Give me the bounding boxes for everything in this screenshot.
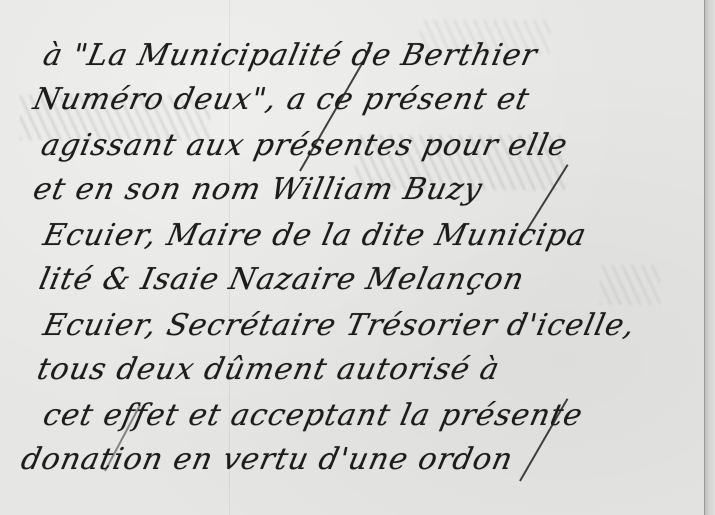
line-text: à "La Municipalité de Berthier	[40, 38, 541, 73]
line-text: agissant aux présentes pour elle	[38, 128, 571, 163]
line-text: Ecuier, Maire de la dite Municipa	[40, 218, 590, 253]
line-text: et en son nom William Buzy	[30, 172, 486, 207]
manuscript-line-9: cet effet et acceptant la présente	[40, 398, 586, 433]
manuscript-page: à "La Municipalité de Berthier Numéro de…	[0, 0, 705, 515]
line-text: lité & Isaie Nazaire Melançon	[36, 262, 528, 297]
manuscript-line-10: donation en vertu d'une ordon	[18, 442, 516, 477]
manuscript-line-7: Ecuier, Secrétaire Trésorier d'icelle,	[40, 308, 639, 343]
manuscript-line-8: tous deux dûment autorisé à	[34, 352, 503, 387]
manuscript-line-2: Numéro deux", a ce présent et	[30, 82, 533, 117]
manuscript-line-3: agissant aux présentes pour elle	[38, 128, 571, 163]
line-text: tous deux dûment autorisé à	[34, 352, 503, 387]
manuscript-line-6: lité & Isaie Nazaire Melançon	[36, 262, 528, 297]
paper-fold-line	[229, 0, 230, 515]
line-text: donation en vertu d'une ordon	[18, 442, 516, 477]
line-text: Numéro deux", a ce présent et	[30, 82, 533, 117]
line-text: cet effet et acceptant la présente	[40, 398, 586, 433]
ink-bleed-mark	[600, 265, 660, 305]
line-text: Ecuier, Secrétaire Trésorier d'icelle,	[40, 308, 639, 343]
manuscript-line-4: et en son nom William Buzy	[30, 172, 486, 207]
manuscript-line-5: Ecuier, Maire de la dite Municipa	[40, 218, 590, 253]
manuscript-line-1: à "La Municipalité de Berthier	[40, 38, 541, 73]
page-edge-shadow	[704, 0, 715, 515]
